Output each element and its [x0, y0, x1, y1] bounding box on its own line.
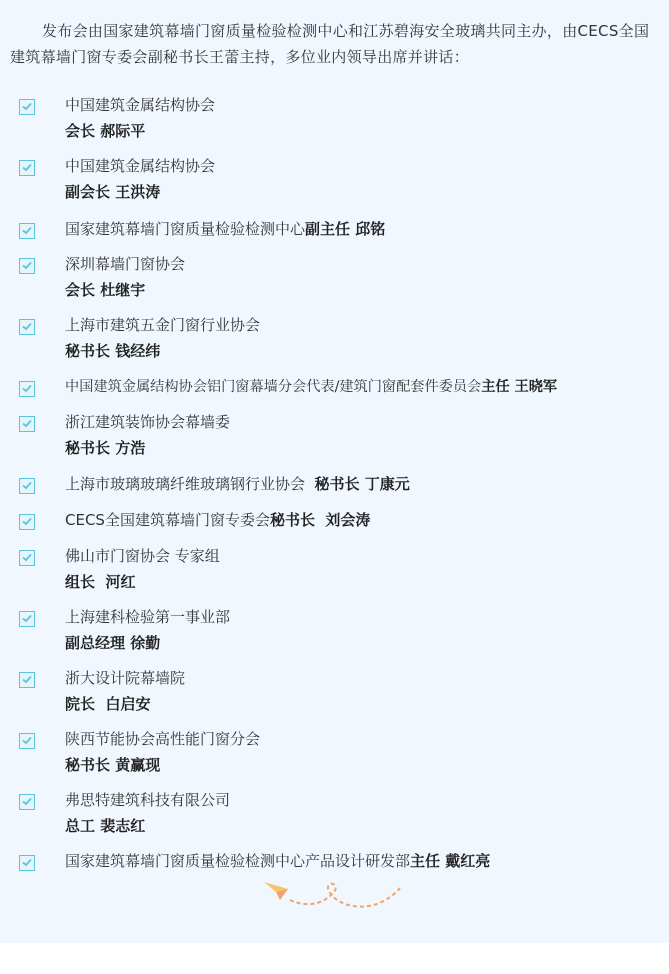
speaker-org: CECS全国建筑幕墙门窗专委会	[65, 511, 270, 529]
paper-plane-icon	[262, 878, 407, 914]
speaker-title-name: 副主任 邱铭	[305, 220, 385, 238]
intro-text: 发布会由国家建筑幕墙门窗质量检验检测中心和江苏碧海安全玻璃共同主办，由CECS全…	[10, 18, 660, 70]
speaker-org: 佛山市门窗协会 专家组	[65, 543, 220, 569]
checkbox-checked-icon	[19, 319, 35, 335]
checkbox-checked-icon	[19, 160, 35, 176]
speaker-org: 上海市建筑五金门窗行业协会	[65, 312, 260, 338]
checkbox-checked-icon	[19, 381, 35, 397]
checkbox-checked-icon	[19, 99, 35, 115]
speaker-org: 国家建筑幕墙门窗质量检验检测中心产品设计研发部	[65, 852, 410, 870]
speaker-org: 上海建科检验第一事业部	[65, 604, 230, 630]
speaker-org: 浙大设计院幕墙院	[65, 665, 185, 691]
speaker-title-name: 组长 河红	[65, 569, 220, 595]
speaker-title-name: 院长 白启安	[65, 691, 185, 717]
speaker-title-name: 会长 郝际平	[65, 118, 215, 144]
speaker-title-name: 主任 王晓军	[481, 379, 557, 395]
speaker-org: 中国建筑金属结构协会铝门窗幕墙分会代表/建筑门窗配套件委员会	[65, 379, 481, 395]
speaker-title-name: 秘书长 方浩	[65, 435, 230, 461]
speaker-title-name: 会长 杜继宇	[65, 277, 185, 303]
checkbox-checked-icon	[19, 672, 35, 688]
article-panel: 发布会由国家建筑幕墙门窗质量检验检测中心和江苏碧海安全玻璃共同主办，由CECS全…	[0, 0, 669, 943]
speaker-org: 深圳幕墙门窗协会	[65, 251, 185, 277]
speaker-org: 上海市玻璃玻璃纤维玻璃钢行业协会	[65, 475, 315, 493]
speaker-title-name: 秘书长 丁康元	[315, 475, 410, 493]
speaker-title-name: 秘书长 钱经纬	[65, 338, 260, 364]
speaker-title-name: 总工 裴志红	[65, 813, 230, 839]
speaker-title-name: 秘书长 刘会涛	[270, 511, 370, 529]
speaker-title-name: 秘书长 黄赢现	[65, 752, 260, 778]
checkbox-checked-icon	[19, 416, 35, 432]
speaker-title-name: 副总经理 徐勤	[65, 630, 230, 656]
checkbox-checked-icon	[19, 478, 35, 494]
speaker-org: 国家建筑幕墙门窗质量检验检测中心	[65, 220, 305, 238]
speaker-org: 弗思特建筑科技有限公司	[65, 787, 230, 813]
speaker-title-name: 主任 戴红亮	[410, 852, 490, 870]
speaker-org: 中国建筑金属结构协会	[65, 153, 215, 179]
checkbox-checked-icon	[19, 550, 35, 566]
speaker-org: 中国建筑金属结构协会	[65, 92, 215, 118]
checkbox-checked-icon	[19, 855, 35, 871]
intro-paragraph: 发布会由国家建筑幕墙门窗质量检验检测中心和江苏碧海安全玻璃共同主办，由CECS全…	[10, 18, 660, 70]
checkbox-checked-icon	[19, 258, 35, 274]
checkbox-checked-icon	[19, 611, 35, 627]
checkbox-checked-icon	[19, 733, 35, 749]
checkbox-checked-icon	[19, 794, 35, 810]
checkbox-checked-icon	[19, 223, 35, 239]
checkbox-checked-icon	[19, 514, 35, 530]
speaker-org: 陕西节能协会高性能门窗分会	[65, 726, 260, 752]
speaker-title-name: 副会长 王洪涛	[65, 179, 215, 205]
speaker-org: 浙江建筑装饰协会幕墙委	[65, 409, 230, 435]
